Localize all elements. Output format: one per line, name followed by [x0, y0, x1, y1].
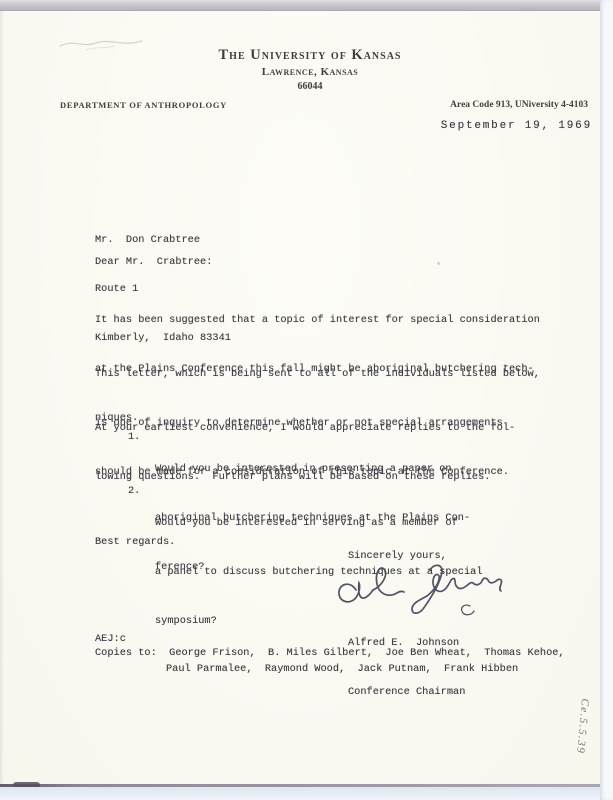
- copies-line-2: Paul Parmalee, Raymond Wood, Jack Putnam…: [166, 661, 518, 677]
- letterhead-institution: The University of Kansas: [10, 47, 610, 64]
- scan-edge-right: [600, 0, 613, 800]
- paragraph-line: It has been suggested that a topic of in…: [95, 312, 540, 328]
- letterhead-city: Lawrence, Kansas: [10, 66, 610, 78]
- copies-line-1: Copies to: George Frison, B. Miles Gilbe…: [95, 645, 565, 661]
- scan-edge-top: [0, 0, 613, 11]
- paragraph-line: This letter, which is being sent to all …: [95, 366, 540, 382]
- letterhead-department: DEPARTMENT OF ANTHROPOLOGY: [60, 100, 227, 110]
- list-item-2-number: 2.: [128, 483, 140, 499]
- scan-edge-bottom: [0, 787, 600, 800]
- salutation: Dear Mr. Crabtree:: [95, 254, 212, 270]
- ink-dot-artifact: [437, 262, 440, 265]
- closing: Best regards.: [95, 534, 175, 550]
- letter-date: September 19, 1969: [420, 118, 592, 134]
- letterhead-zip: 66044: [10, 81, 610, 92]
- archival-number-handwritten: Ce.5.5.39: [574, 698, 591, 755]
- list-item-line: Would you be interested in presenting a …: [155, 461, 470, 477]
- scan-edge-left: [0, 11, 4, 786]
- list-item-1-number: 1.: [128, 429, 140, 445]
- recipient-name: Mr. Don Crabtree: [95, 232, 231, 248]
- scanned-letter-page: { "document": { "letterhead": { "institu…: [0, 0, 613, 800]
- list-item-line: Would you be interested in serving as a …: [155, 515, 483, 531]
- signature-title: Conference Chairman: [348, 684, 465, 700]
- letterhead-phone: Area Code 913, UNiversity 4-4103: [420, 100, 588, 110]
